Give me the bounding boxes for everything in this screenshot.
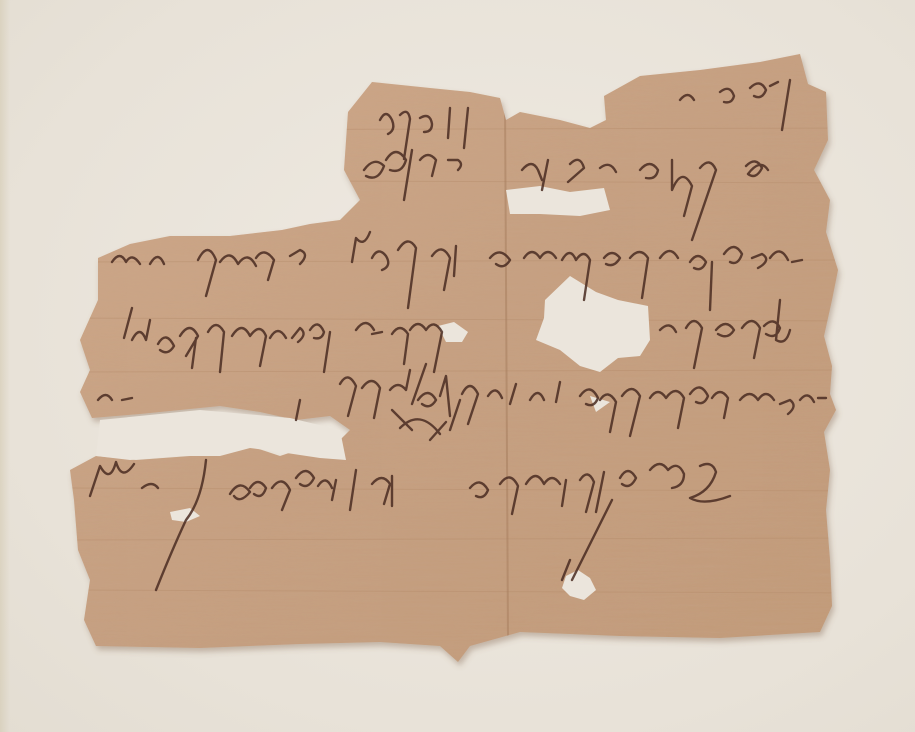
papyrus-fragment xyxy=(0,0,915,732)
photo: ϙγιι ... ε ϲοϊ ἀδελ ... δ τὸ ὑμῶ κοι γυν… xyxy=(0,0,915,732)
